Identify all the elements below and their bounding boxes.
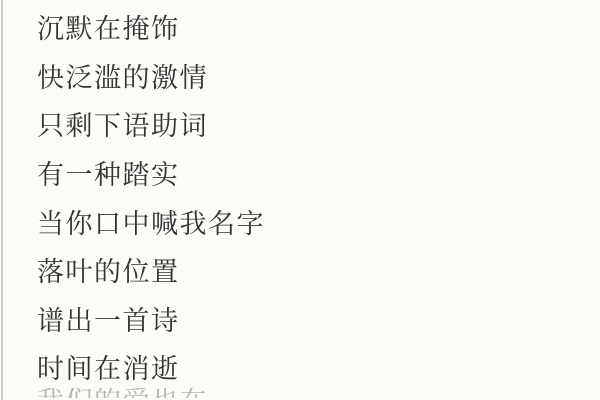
lyric-line: 谱出一首诗 bbox=[37, 294, 600, 343]
lyric-line: 只剩下语助词 bbox=[37, 100, 600, 149]
lyric-line: 时间在消逝 bbox=[37, 343, 600, 392]
lyric-line: 快泛滥的激情 bbox=[37, 51, 600, 100]
lyric-line: 沉默在掩饰 bbox=[37, 3, 600, 52]
lyric-line-partial: 我们的爱也在 bbox=[37, 388, 208, 398]
lyrics-panel: 沉默在掩饰 快泛滥的激情 只剩下语助词 有一种踏实 当你口中喊我名字 落叶的位置… bbox=[0, 3, 600, 392]
lyric-line: 当你口中喊我名字 bbox=[37, 197, 600, 246]
lyric-line: 有一种踏实 bbox=[37, 148, 600, 197]
lyric-line: 落叶的位置 bbox=[37, 245, 600, 294]
